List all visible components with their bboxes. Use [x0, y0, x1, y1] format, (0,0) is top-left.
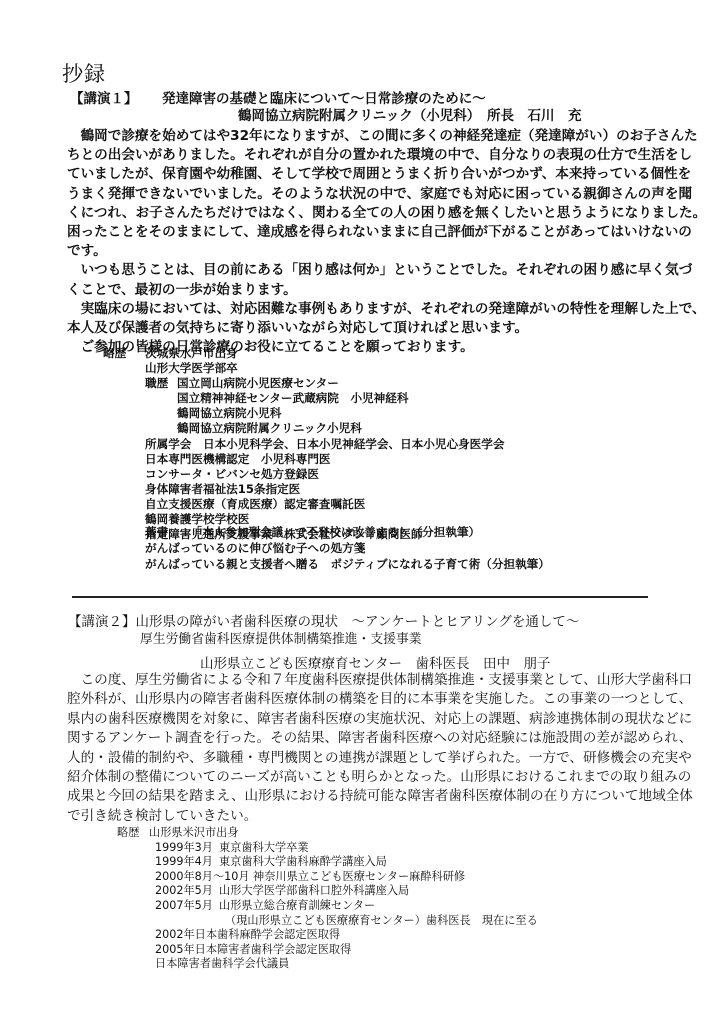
- bio-history-event: 神奈川県立こども医療センター麻酔科研修: [253, 870, 465, 885]
- lecture-1-label: 【講演１】: [70, 91, 138, 107]
- bio-qualification: 2002年日本歯科麻酔学会認定医取得: [155, 928, 340, 943]
- bio-qualification: コンサータ・ビバンセ処方登録医: [145, 467, 319, 482]
- bio-qualification: 日本専門医機構認定 小児科専門医: [145, 452, 331, 467]
- bio-qualification: 身体障害者福祉法15条指定医: [145, 482, 300, 497]
- book-title: がんばっている親と支援者へ贈る ポジティブになれる子育て術（分担執筆）: [145, 556, 550, 572]
- lecture-2-label: 【講演２】: [68, 614, 136, 630]
- bio-history-date: 2000年8月～10月: [155, 870, 250, 885]
- bio-birthplace: 茨城県水戸市出身: [145, 346, 238, 361]
- abstract-line: 本人及び保護者の気持ちに寄り添いいながら対応して頂ければと思います。: [67, 319, 663, 338]
- abstract-line: で引き続き検討していきたい。: [67, 807, 693, 826]
- bio-career-item: 国立精神神経センター武蔵病院 小児神経科: [177, 391, 408, 406]
- abstract-line: うまく発揮できないでいました。そのような状況の中で、家庭でも対応に困っている親御…: [67, 185, 663, 204]
- abstract-line: 紹介体制の整備についてのニーズが高いことも明らかとなった。山形県におけるこれまで…: [67, 768, 693, 787]
- bio-career-item: 国立岡山病院小児医療センター: [177, 376, 339, 391]
- bio-memberships: 所属学会 日本小児科学会、日本小児神経学会、日本小児心身医学会: [145, 437, 504, 452]
- bio-history-date: 1999年3月: [155, 841, 213, 856]
- bio-birthplace: 山形県米沢市出身: [149, 826, 239, 841]
- lecture-1-biography: 略歴 茨城県水戸市出身 山形大学医学部卒 職歴 国立岡山病院小児医療センター 国…: [103, 346, 126, 542]
- bio-history-event: 山形大学医学部歯科口腔外科講座入局: [219, 884, 409, 899]
- lecture-2-biography: 略歴 山形県米沢市出身 1999年3月 東京歯科大学卒業 1999年4月 東京歯…: [117, 826, 139, 972]
- abstract-line: ちとの出会いがありました。それぞれが自分の置かれた環境の中で、自分なりの表現の仕…: [67, 146, 663, 165]
- bio-history-event: 東京歯科大学歯科麻酔学講座入局: [219, 855, 387, 870]
- bio-education: 山形大学医学部卒: [145, 361, 238, 376]
- lecture-1-books: 著書 「本人参加型会議」で不登校は改善する！（分担執筆） がんばっているのに伸び…: [145, 524, 550, 572]
- bio-qualification: 2005年日本障害者歯科学会認定医取得: [155, 943, 351, 958]
- bio-history-date: 2002年5月: [155, 884, 213, 899]
- bio-history-event: 山形県立総合療育訓練センター: [219, 899, 375, 914]
- lecture-1-abstract: 鶴岡で診療を始めてはや32年になりますが、この間に多くの神経発達症（発達障がい）…: [67, 127, 663, 357]
- abstract-line: くにつれ、お子さんたちだけではなく、関わる全ての人の困り感を無くしたいと思うよう…: [67, 204, 663, 223]
- abstract-line: くことで、最初の一歩が始まります。: [67, 281, 663, 300]
- lecture-2-heading: 【講演２】山形県の障がい者歯科医療の現状 ～アンケートとヒアリングを通して～: [68, 610, 579, 630]
- lecture-2-speaker: 山形県立こども医療療育センター 歯科医長 田中 朋子: [200, 652, 550, 672]
- books-label: 著書: [145, 525, 168, 539]
- bio-career-item: 鶴岡協立病院附属クリニック小児科: [177, 421, 362, 436]
- bio-history-date: 1999年4月: [155, 855, 213, 870]
- bio-career-label: 職歴: [145, 376, 168, 391]
- abstract-line: この度、厚生労働省による令和７年度歯科医療提供体制構築推進・支援事業として、山形…: [67, 671, 693, 690]
- bio-career-item: 鶴岡協立病院小児科: [177, 406, 281, 421]
- bio-label: 略歴: [103, 346, 126, 360]
- lecture-1-heading: 【講演１】 発達障害の基礎と臨床について～日常診療のために～: [70, 87, 138, 107]
- lecture-2-abstract: この度、厚生労働省による令和７年度歯科医療提供体制構築推進・支援事業として、山形…: [67, 671, 693, 826]
- abstract-line: 腔外科が、山形県内の障害者歯科医療体制の構築を目的に本事業を実施した。この事業の…: [67, 690, 693, 709]
- abstract-line: です。: [67, 242, 663, 261]
- abstract-line: ていましたが、保育園や幼稚園、そして学校で周囲とうまく折り合いがつかず、本来持っ…: [67, 165, 663, 184]
- section-divider: [72, 596, 648, 598]
- abstract-line: 鶴岡で診療を始めてはや32年になりますが、この間に多くの神経発達症（発達障がい）…: [67, 127, 663, 146]
- abstract-line: 困ったことをそのままにして、達成感を得られないままに自己評価が下がることがあって…: [67, 223, 663, 242]
- abstract-line: いつも思うことは、目の前にある「困り感は何か」ということでした。それぞれの困り感…: [67, 261, 663, 280]
- page-title: 抄録: [62, 58, 106, 88]
- abstract-line: 実臨床の場においては、対応困難な事例もありますが、それぞれの発達障がいの特性を理…: [67, 300, 663, 319]
- bio-qualification: 日本障害者歯科学会代議員: [155, 957, 289, 972]
- lecture-2-subtitle: 厚生労働省歯科医療提供体制構築推進・支援事業: [140, 628, 422, 647]
- abstract-line: 人的・設備的制約や、多職種・専門機関との連携が課題として挙げられた。一方で、研修…: [67, 749, 693, 768]
- bio-history-continuation: （現山形県立こども医療療育センター）歯科医長 現在に至る: [225, 914, 538, 929]
- book-title: がんばっているのに伸び悩む子への処方箋: [145, 540, 550, 556]
- abstract-line: 県内の歯科医療機関を対象に、障害者歯科医療の実施状況、対応上の課題、病診連携体制…: [67, 710, 693, 729]
- book-title: 「本人参加型会議」で不登校は改善する！（分担執筆）: [190, 525, 480, 539]
- bio-history-event: 東京歯科大学卒業: [219, 841, 309, 856]
- bio-label: 略歴: [117, 826, 139, 839]
- abstract-line: 関するアンケート調査を行った。その結果、障害者歯科医療への対応経験には施設間の差…: [67, 729, 693, 748]
- lecture-1-speaker: 鶴岡協立病院附属クリニック（小児科） 所長 石川 充: [238, 104, 581, 124]
- bio-history-date: 2007年5月: [155, 899, 213, 914]
- bio-qualification: 自立支援医療（育成医療）認定審査嘱託医: [145, 497, 365, 512]
- abstract-line: 成果と今回の結果を踏まえ、山形県における持続可能な障害者歯科医療体制の在り方につ…: [67, 787, 693, 806]
